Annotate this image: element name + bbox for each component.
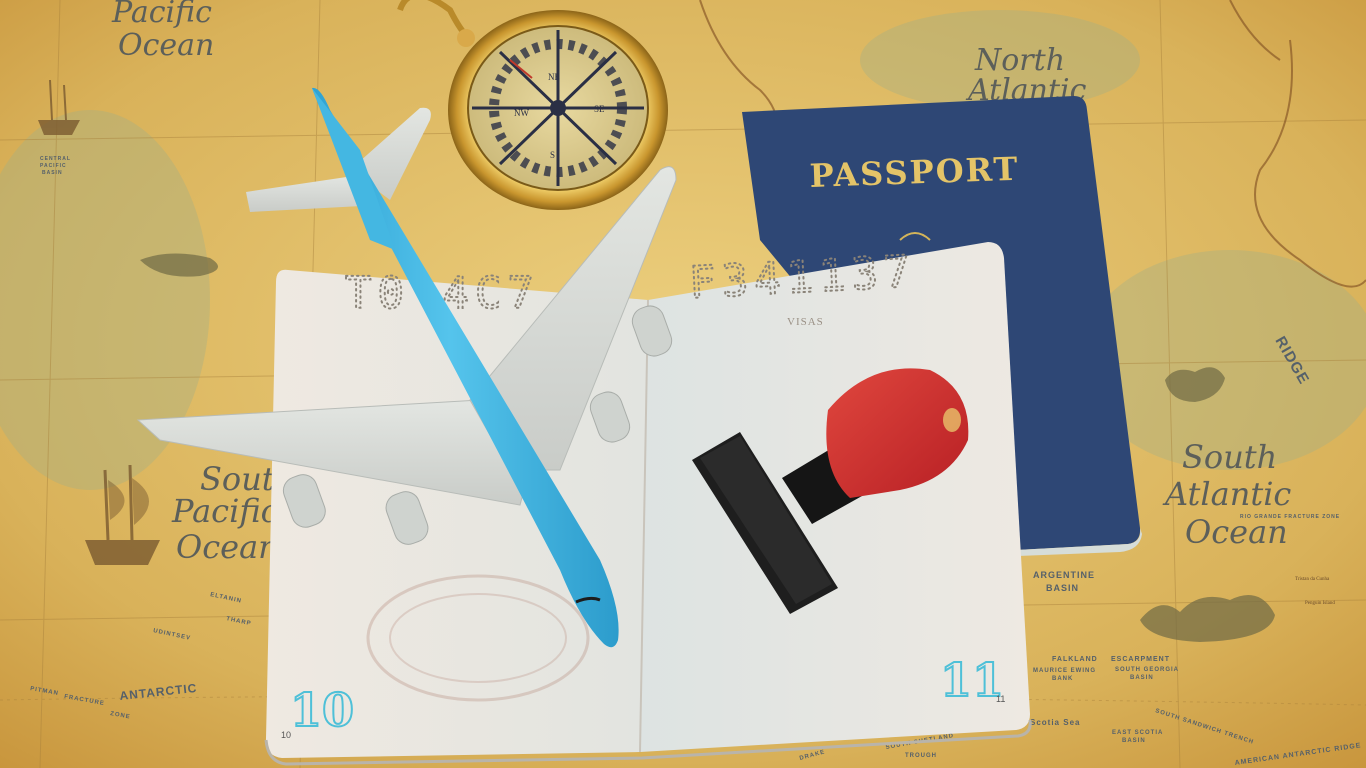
map-label-south-pacific-2: Pacific — [171, 492, 279, 530]
compass-label-se: SE — [594, 104, 605, 114]
map-label-basin: BASIN — [1046, 583, 1079, 593]
map-label-falkland: FALKLAND — [1052, 656, 1098, 663]
map-label-south-atlantic-1: South — [1182, 438, 1277, 476]
map-label-tristan: Tristan da Cunha — [1295, 577, 1330, 582]
map-label-south-atlantic-2: Atlantic — [1162, 475, 1291, 513]
page-number-right-big: 11 — [940, 653, 1004, 707]
map-label-south-pacific-3: Ocean — [176, 528, 279, 566]
map-label-escarpment: ESCARPMENT — [1111, 656, 1170, 663]
map-label-penguin: Penguin Island — [1305, 601, 1335, 606]
map-label-sgb-1: SOUTH GEORGIA — [1115, 667, 1179, 673]
scene-illustration: Pacific Ocean North Atlantic South Pacif… — [0, 0, 1366, 768]
map-label-argentine: ARGENTINE — [1033, 570, 1095, 580]
compass-label-ne: NE — [548, 72, 560, 82]
compass-label-s: S — [550, 150, 555, 160]
map-label-sst-2: TROUGH — [905, 753, 937, 759]
travel-scene: Pacific Ocean North Atlantic South Pacif… — [0, 0, 1366, 768]
compass-label-nw: NW — [514, 108, 529, 118]
map-label-pacific: Pacific — [111, 0, 212, 30]
map-label-esb-2: BASIN — [1122, 738, 1146, 744]
passport-title: PASSPORT — [809, 150, 1020, 195]
visas-label: VISAS — [787, 316, 824, 328]
map-label-rgfz: RIO GRANDE FRACTURE ZONE — [1240, 514, 1340, 520]
map-label-ocean: Ocean — [118, 28, 214, 63]
map-label-cpb-2: PACIFIC — [40, 163, 67, 169]
map-label-cpb-1: CENTRAL — [40, 156, 71, 162]
page-number-left-big: 10 — [290, 683, 354, 737]
map-label-meb-1: MAURICE EWING — [1033, 668, 1096, 674]
map-label-esb-1: EAST SCOTIA — [1112, 730, 1163, 736]
map-label-cpb-3: BASIN — [42, 170, 63, 176]
map-label-meb-2: BANK — [1052, 676, 1073, 682]
page-number-right-small: 11 — [996, 694, 1005, 704]
map-label-sgb-2: BASIN — [1130, 675, 1154, 681]
page-number-left-small: 10 — [281, 730, 291, 740]
map-label-scotia-sea: Scotia Sea — [1030, 718, 1080, 727]
